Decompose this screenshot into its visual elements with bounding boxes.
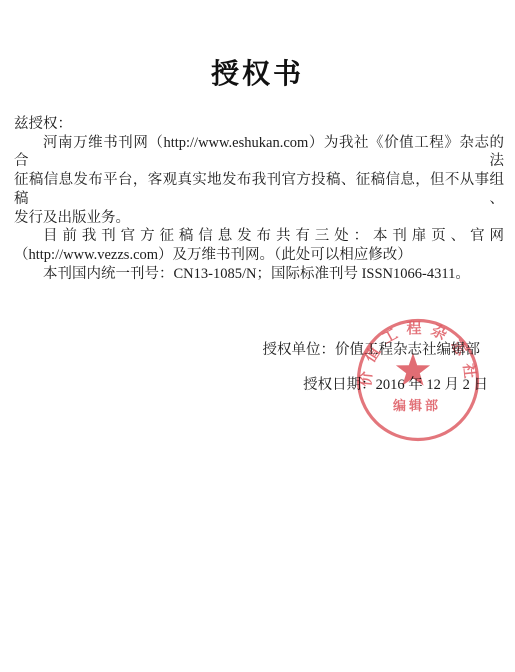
document-body: 兹授权： 河南万维书刊网（http://www.eshukan.com）为我社《… (14, 115, 504, 283)
body-line-5: （http://www.vezzs.com）及万维书刊网。（此处可以相应修改） (14, 246, 504, 265)
stamp-bottom-text: 编辑部 (393, 398, 441, 413)
official-seal-stamp: 价值工程杂志社 编辑部 (352, 314, 484, 446)
body-line-6: 本刊国内统一刊号：CN13-1085/N；国际标准刊号 ISSN1066-431… (14, 265, 504, 284)
body-line-2: 征稿信息发布平台，客观真实地发布我刊官方投稿、征稿信息，但不从事组稿、 (14, 171, 504, 208)
stamp-star-icon (396, 353, 430, 386)
body-line-1: 河南万维书刊网（http://www.eshukan.com）为我社《价值工程》… (14, 134, 504, 171)
body-line-3: 发行及出版业务。 (14, 209, 504, 228)
authorization-letter-page: 授权书 兹授权： 河南万维书刊网（http://www.eshukan.com）… (0, 0, 515, 672)
salutation-line: 兹授权： (14, 115, 504, 134)
document-title: 授权书 (0, 52, 515, 92)
body-line-4: 目前我刊官方征稿信息发布共有三处：本刊扉页、官网 (14, 227, 504, 246)
